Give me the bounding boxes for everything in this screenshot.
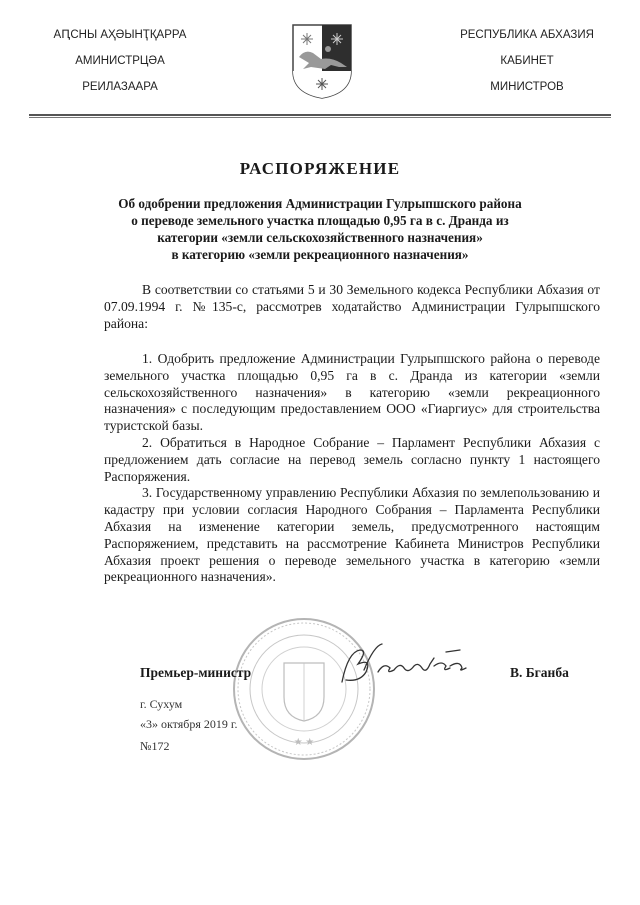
signatory-name: В. Бганба: [510, 665, 569, 681]
header-abkhaz-block: АԤСНЫ АҲӘЫНҬҚАРРА АМИНИСТРЦӘА РЕИЛАЗААРА: [20, 22, 220, 100]
handwritten-signature: [338, 642, 478, 690]
header-right-line-3: МИНИСТРОВ: [427, 74, 627, 100]
resolution-item-2: 2. Обратиться в Народное Собрание – Парл…: [104, 435, 600, 485]
header-right-line-2: КАБИНЕТ: [427, 48, 627, 74]
subject-line: Об одобрении предложения Администрации Г…: [100, 195, 540, 212]
signatory-position: Премьер-министр: [140, 665, 251, 681]
issue-date: «3» октября 2019 г.: [140, 717, 237, 732]
header-left-line-2: АМИНИСТРЦӘА: [20, 48, 220, 74]
coat-of-arms-icon: [291, 23, 353, 100]
document-number: №172: [140, 739, 169, 754]
resolution-item-1: 1. Одобрить предложение Администрации Гу…: [104, 351, 600, 435]
header-divider: [29, 114, 611, 118]
header-left-line-3: РЕИЛАЗААРА: [20, 74, 220, 100]
issue-city: г. Сухум: [140, 697, 182, 712]
subject-line: в категорию «земли рекреационного назнач…: [100, 246, 540, 263]
preamble-section: В соответствии со статьями 5 и 30 Земель…: [104, 282, 600, 332]
preamble-paragraph: В соответствии со статьями 5 и 30 Земель…: [104, 282, 600, 332]
document-page: АԤСНЫ АҲӘЫНҬҚАРРА АМИНИСТРЦӘА РЕИЛАЗААРА…: [0, 0, 640, 905]
svg-text:★ ★: ★ ★: [294, 737, 314, 748]
resolution-items: 1. Одобрить предложение Администрации Гу…: [104, 351, 600, 586]
document-subject: Об одобрении предложения Администрации Г…: [100, 195, 540, 263]
header-right-line-1: РЕСПУБЛИКА АБХАЗИЯ: [427, 22, 627, 48]
header-left-line-1: АԤСНЫ АҲӘЫНҬҚАРРА: [20, 22, 220, 48]
subject-line: категории «земли сельскохозяйственного н…: [100, 229, 540, 246]
header-russian-block: РЕСПУБЛИКА АБХАЗИЯ КАБИНЕТ МИНИСТРОВ: [427, 22, 627, 100]
subject-line: о переводе земельного участка площадью 0…: [100, 212, 540, 229]
document-type-title: РАСПОРЯЖЕНИЕ: [0, 159, 640, 179]
resolution-item-3: 3. Государственному управлению Республик…: [104, 485, 600, 586]
